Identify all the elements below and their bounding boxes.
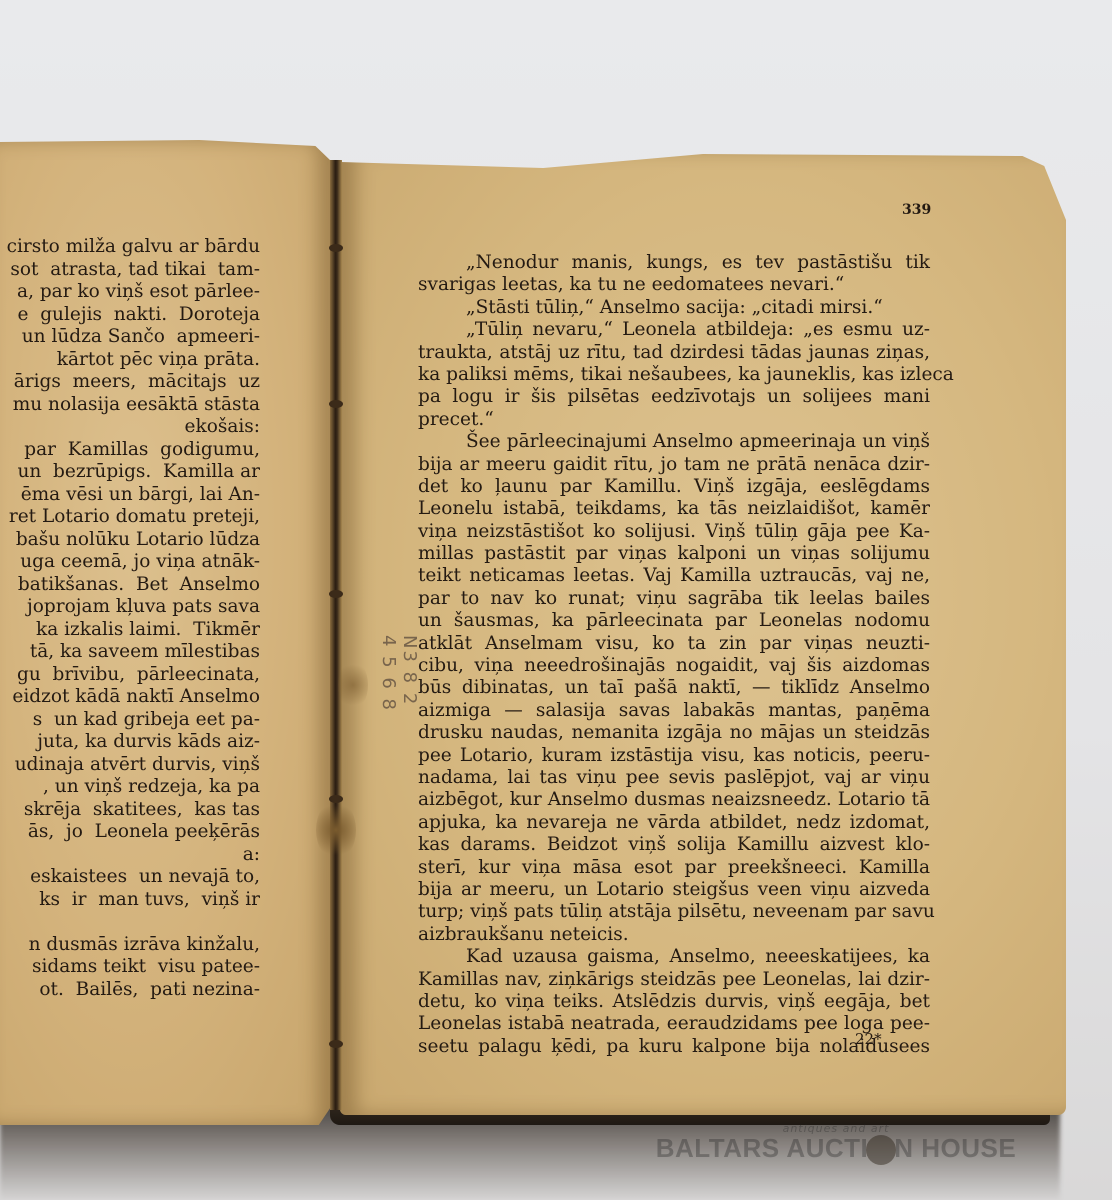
text-line: cirsto milža galvu ar bārdu (0, 236, 260, 259)
text-line: nadama, lai tas viņu pee sevis paslēpjot… (418, 767, 930, 789)
text-line: un lūdza Sančo apmeeri- (0, 326, 260, 349)
text-line: ka paliksi mēms, tikai nešaubees, ka jau… (418, 364, 930, 386)
watermark-title-right: N HOUSE (894, 1133, 1016, 1163)
text-line: joprojam kļuva pats sava (0, 596, 260, 619)
text-line: pee Lotario, kuram izstāstija visu, kas … (418, 745, 930, 767)
text-line: detu, ko viņa teiks. Atslēdzis durvis, v… (418, 991, 930, 1013)
text-line: aizmiga — salasija savas labakās mantas,… (418, 700, 930, 722)
text-line: eidzot kādā naktī Anselmo (0, 686, 260, 709)
text-line: seetu palagu ķēdi, pa kuru kalpone bija … (418, 1036, 930, 1058)
text-line: svarigas leetas, ka tu ne eedomatees nev… (418, 274, 930, 296)
binding-stitch (329, 400, 343, 408)
text-line (0, 911, 260, 934)
text-line: Kamillas nav, ziņkārigs steidzās pee Leo… (418, 969, 930, 991)
text-line: pa logu ir šis pilsētas eedzīvotajs un s… (418, 386, 930, 408)
text-line: apjuka, ka nevareja ne vārda atbildet, n… (418, 812, 930, 834)
text-line: ēma vēsi un bārgi, lai An- (0, 484, 260, 507)
text-line: „Nenodur manis, kungs, es tev pastāstišu… (418, 252, 930, 274)
text-line: atklāt Anselmam visu, ko ta zin par viņa… (418, 633, 930, 655)
text-line: skrēja skatitees, kas tas (0, 799, 260, 822)
watermark-logo-icon (866, 1135, 896, 1165)
text-line: kārtot pēc viņa prāta. (0, 349, 260, 372)
text-line: ks ir man tuvs, viņš ir (0, 889, 260, 912)
watermark: antiques and art BALTARS AUCTIN HOUSE (636, 1122, 1036, 1165)
text-line: sot atrasta, tad tikai tam- (0, 259, 260, 282)
text-line: turp; viņš pats tūliņ atstāja pilsētu, n… (418, 901, 930, 923)
pencil-line: 4 5 6 8 (378, 635, 399, 765)
text-line: Kad uzausa gaisma, Anselmo, neeeskatijee… (418, 946, 930, 968)
text-line: bašu nolūku Lotario lūdza (0, 529, 260, 552)
text-line: ārigs meers, mācitajs uz (0, 371, 260, 394)
text-line: drusku naudas, nemanita izgāja no mājas … (418, 722, 930, 744)
text-line: bija ar meeru gaidit rītu, jo tam ne prā… (418, 454, 930, 476)
text-line: a: (0, 844, 260, 867)
text-line: ekošais: (0, 416, 260, 439)
right-page-text: „Nenodur manis, kungs, es tev pastāstišu… (418, 252, 930, 1058)
text-line: bija ar meeru, un Lotario steigšus veen … (418, 879, 930, 901)
watermark-title-left: BALTARS AUCTI (656, 1133, 869, 1163)
text-line: a, par ko viņš esot pārlee- (0, 281, 260, 304)
signature-mark: 22* (855, 1030, 882, 1048)
text-line: det ko ļaunu par Kamillu. Viņš izgāja, e… (418, 476, 930, 498)
text-line: gu brīvibu, pārleecinata, (0, 664, 260, 687)
text-line: traukta, atstāj uz rītu, tad dzirdesi tā… (418, 342, 930, 364)
text-line: Šee pārleecinajumi Anselmo apmeerinaja u… (418, 431, 930, 453)
text-line: „Stāsti tūliņ,“ Anselmo sacija: „citadi … (418, 297, 930, 319)
text-line: ās, jo Leonela peeķērās (0, 821, 260, 844)
text-line: un bezrūpigs. Kamilla ar (0, 461, 260, 484)
text-line: par to nav ko runat; viņu sagrāba tik le… (418, 588, 930, 610)
watermark-title: BALTARS AUCTIN HOUSE (636, 1133, 1036, 1165)
text-line: mu nolasija eesāktā stāsta (0, 394, 260, 417)
pencil-line: N3 8 2 (399, 635, 420, 765)
text-line: sidams teikt visu patee- (0, 956, 260, 979)
book-gutter (330, 160, 342, 1110)
text-line: millas pastāstit par viņas kalponi un vi… (418, 543, 930, 565)
text-line: aizbēgot, kur Anselmo dusmas neaizsneedz… (418, 789, 930, 811)
text-line: Leonelu istabā, teikdams, ka tās neizlai… (418, 498, 930, 520)
text-line: tā, ka saveem mīlestibas (0, 641, 260, 664)
left-page-text: cirsto milža galvu ar bārdusot atrasta, … (0, 236, 260, 1001)
text-line: aizbraukšanu neteicis. (418, 924, 930, 946)
text-line: Leonelas istabā neatrada, eeraudzidams p… (418, 1013, 930, 1035)
binding-stitch (329, 1040, 343, 1048)
text-line: juta, ka durvis kāds aiz- (0, 731, 260, 754)
text-line: cibu, viņa neeedrošinajās nogaidit, vaj … (418, 655, 930, 677)
binding-stitch (329, 590, 343, 598)
text-line: udinaja atvērt durvis, viņš (0, 754, 260, 777)
text-line: eskaistees un nevajā to, (0, 866, 260, 889)
text-line: teikt neticamas leetas. Vaj Kamilla uztr… (418, 565, 930, 587)
pencil-annotation: N3 8 2 4 5 6 8 (360, 635, 420, 765)
text-line: n dusmās izrāva kinžalu, (0, 934, 260, 957)
binding-stitch (329, 244, 343, 252)
photo-scene: cirsto milža galvu ar bārdusot atrasta, … (0, 0, 1112, 1200)
text-line: būs dibinatas, un taī pašā naktī, — tikl… (418, 677, 930, 699)
text-line: uga ceemā, jo viņa atnāk- (0, 551, 260, 574)
text-line: ret Lotario domatu preteji, (0, 506, 260, 529)
text-line: , un viņš redzeja, ka pa (0, 776, 260, 799)
text-line: „Tūliņ nevaru,“ Leonela atbildeja: „es e… (418, 319, 930, 341)
text-line: viņa neizstāstišot ko solijusi. Viņš tūl… (418, 521, 930, 543)
age-stain (316, 800, 356, 860)
text-line: kas darams. Beidzot viņš solija Kamillu … (418, 834, 930, 856)
text-line: un šausmas, ka pārleecinata par Leonelas… (418, 610, 930, 632)
page-number: 339 (902, 202, 931, 218)
text-line: batikšanas. Bet Anselmo (0, 574, 260, 597)
text-line: e gulejis nakti. Doroteja (0, 304, 260, 327)
text-line: ka izkalis laimi. Tikmēr (0, 619, 260, 642)
text-line: ot. Bailēs, pati nezina- (0, 979, 260, 1002)
text-line: s un kad gribeja eet pa- (0, 709, 260, 732)
text-line: par Kamillas godigumu, (0, 439, 260, 462)
text-line: precet.“ (418, 409, 930, 431)
text-line: sterī, kur viņa māsa esot par preekšneec… (418, 857, 930, 879)
